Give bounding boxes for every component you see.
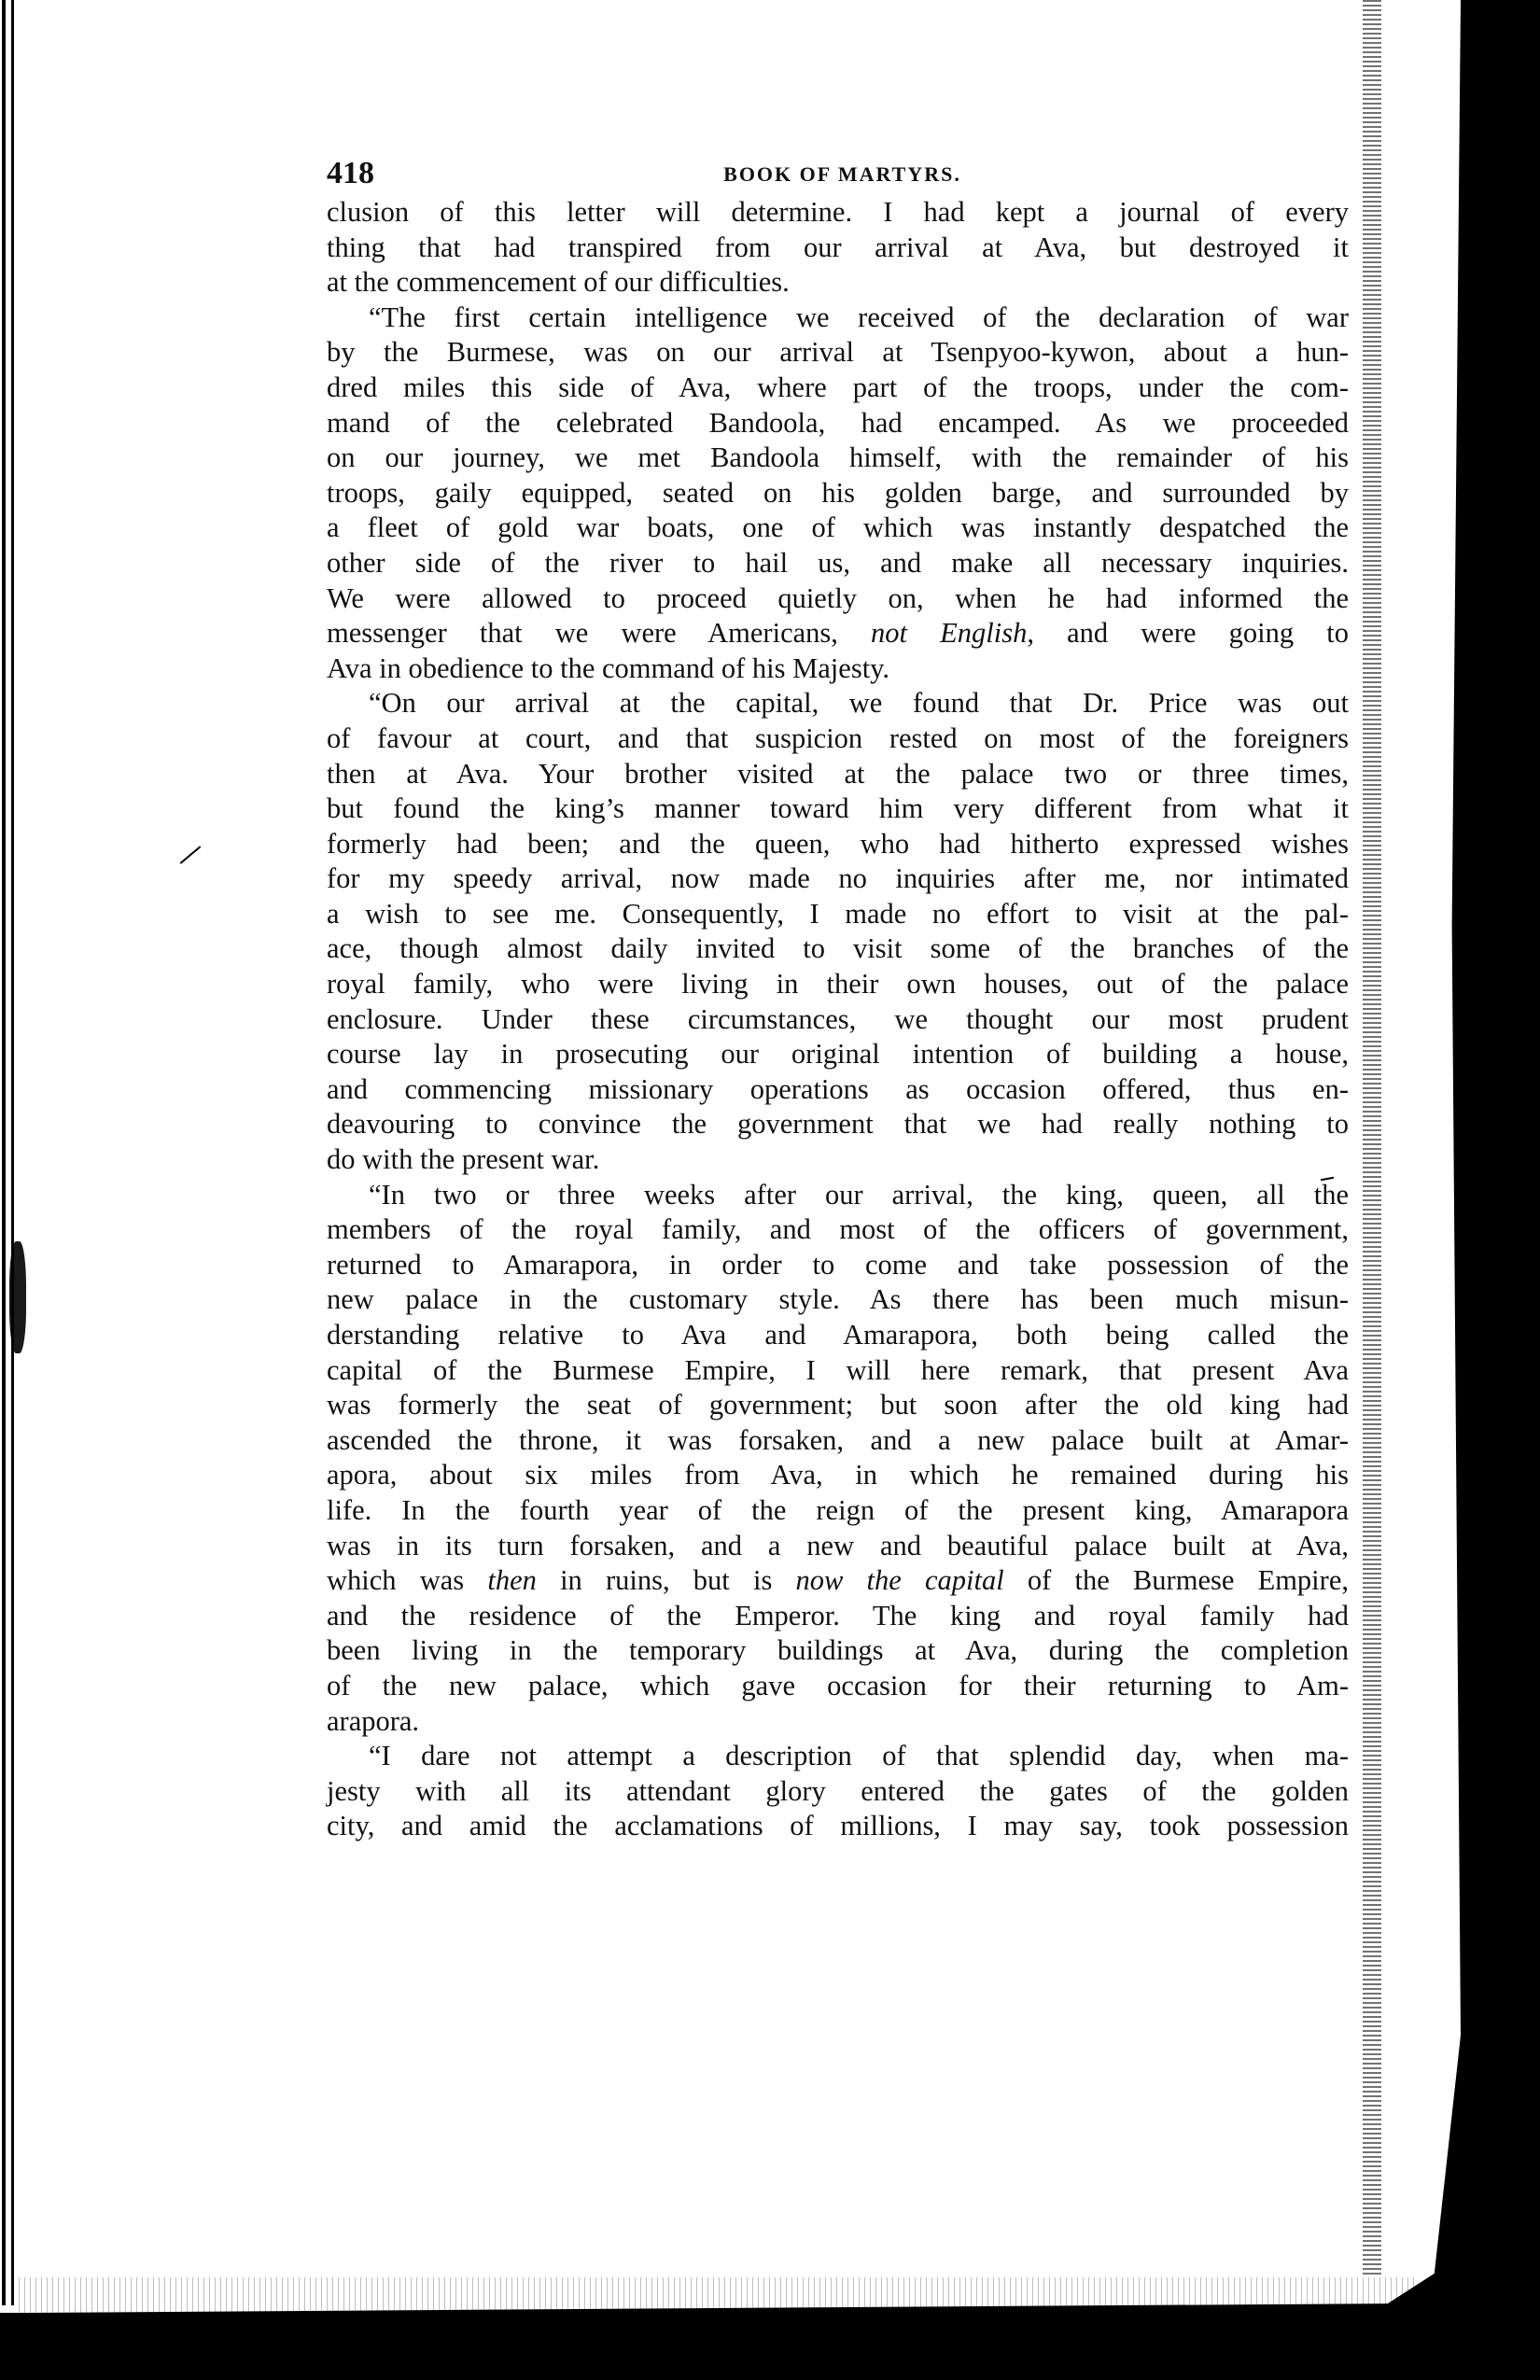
- paragraph-start-line: “The first certain intelligence we recei…: [327, 301, 1349, 336]
- text-run: messenger that we were Americans,: [327, 617, 871, 649]
- text-line: then at Ava. Your brother visited at the…: [327, 757, 1349, 792]
- text-line: deavouring to convince the government th…: [327, 1107, 1349, 1142]
- text-line: royal family, who were living in their o…: [327, 967, 1349, 1002]
- gutter-smudge: [9, 1241, 26, 1353]
- text-line: ace, though almost daily invited to visi…: [327, 931, 1349, 967]
- text-run: which was: [327, 1564, 487, 1596]
- italic-emphasis: now the capital: [796, 1564, 1004, 1596]
- running-head: 418 BOOK OF MARTYRS.: [327, 155, 1349, 192]
- text-line: of favour at court, and that suspicion r…: [327, 721, 1349, 757]
- text-line: life. In the fourth year of the reign of…: [327, 1493, 1349, 1529]
- page-edge-noise: [1363, 0, 1381, 2277]
- text-line: arapora.: [327, 1704, 1349, 1740]
- paragraph-start-line: “I dare not attempt a description of tha…: [327, 1739, 1349, 1774]
- text-line: enclosure. Under these circumstances, we…: [327, 1002, 1349, 1038]
- stray-pencil-mark: [180, 846, 202, 864]
- text-line-with-italic: which was then in ruins, but is now the …: [327, 1563, 1349, 1599]
- text-line: was formerly the seat of government; but…: [327, 1388, 1349, 1423]
- text-line: returned to Amarapora, in order to come …: [327, 1248, 1349, 1283]
- text-line: of the new palace, which gave occasion f…: [327, 1669, 1349, 1704]
- text-line: ascended the throne, it was forsaken, an…: [327, 1423, 1349, 1459]
- text-line: Ava in obedience to the command of his M…: [327, 651, 1349, 687]
- binding-edge-line: [2, 0, 6, 2305]
- text-line: been living in the temporary buildings a…: [327, 1633, 1349, 1669]
- text-line: and the residence of the Emperor. The ki…: [327, 1599, 1349, 1634]
- text-run: of the Burmese Empire,: [1004, 1564, 1349, 1596]
- text-line: other side of the river to hail us, and …: [327, 546, 1349, 581]
- text-line: a wish to see me. Consequently, I made n…: [327, 897, 1349, 932]
- text-line: troops, gaily equipped, seated on his go…: [327, 476, 1349, 511]
- scanned-page-background: 418 BOOK OF MARTYRS. clusion of this let…: [0, 0, 1540, 2380]
- text-line: new palace in the customary style. As th…: [327, 1282, 1349, 1318]
- text-run: , and were going to: [1027, 617, 1349, 649]
- text-line: formerly had been; and the queen, who ha…: [327, 827, 1349, 862]
- italic-emphasis: then: [487, 1564, 537, 1596]
- text-line: on our journey, we met Bandoola himself,…: [327, 441, 1349, 476]
- text-line: for my speedy arrival, now made no inqui…: [327, 861, 1349, 897]
- bottom-edge-noise: [19, 2277, 1419, 2315]
- text-line: We were allowed to proceed quietly on, w…: [327, 581, 1349, 617]
- body-text: clusion of this letter will determine. I…: [327, 195, 1349, 1844]
- text-line: but found the king’s manner toward him v…: [327, 791, 1349, 827]
- text-line: members of the royal family, and most of…: [327, 1212, 1349, 1248]
- text-line: dred miles this side of Ava, where part …: [327, 371, 1349, 406]
- text-run: in ruins, but is: [537, 1564, 796, 1596]
- text-line: at the commencement of our difficulties.: [327, 265, 1349, 301]
- text-line: apora, about six miles from Ava, in whic…: [327, 1458, 1349, 1493]
- paragraph-start-line: “In two or three weeks after our arrival…: [327, 1178, 1349, 1213]
- text-line: mand of the celebrated Bandoola, had enc…: [327, 406, 1349, 441]
- binding-edge-line-inner: [11, 0, 14, 2305]
- text-line: do with the present war.: [327, 1142, 1349, 1178]
- book-page: 418 BOOK OF MARTYRS. clusion of this let…: [0, 0, 1461, 2313]
- text-line: derstanding relative to Ava and Amarapor…: [327, 1318, 1349, 1353]
- text-line: clusion of this letter will determine. I…: [327, 195, 1349, 231]
- italic-emphasis: not English: [871, 617, 1027, 649]
- text-line: thing that had transpired from our arriv…: [327, 231, 1349, 266]
- text-line: course lay in prosecuting our original i…: [327, 1037, 1349, 1072]
- text-line: capital of the Burmese Empire, I will he…: [327, 1353, 1349, 1389]
- text-line: a fleet of gold war boats, one of which …: [327, 511, 1349, 546]
- text-line: was in its turn forsaken, and a new and …: [327, 1529, 1349, 1564]
- paragraph-start-line: “On our arrival at the capital, we found…: [327, 686, 1349, 721]
- text-line: by the Burmese, was on our arrival at Ts…: [327, 335, 1349, 371]
- text-line: and commencing missionary operations as …: [327, 1072, 1349, 1108]
- running-title: BOOK OF MARTYRS.: [327, 159, 1349, 190]
- text-line: city, and amid the acclamations of milli…: [327, 1809, 1349, 1844]
- text-line-with-italic: messenger that we were Americans, not En…: [327, 616, 1349, 651]
- text-line: jesty with all its attendant glory enter…: [327, 1774, 1349, 1810]
